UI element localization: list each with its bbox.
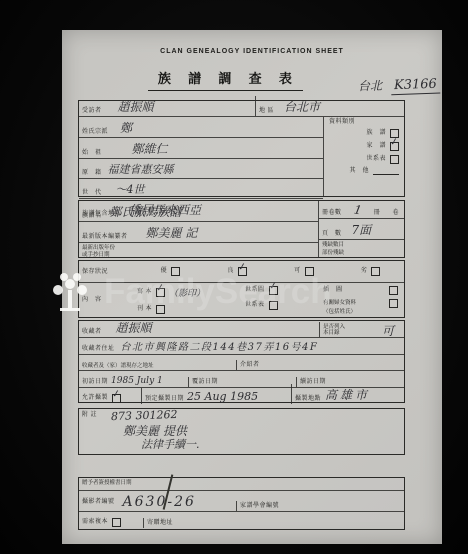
category-option-jiapu: 家 譜 [329, 142, 399, 151]
genealogy-name-row: 族譜名 鄭氏旅馬族譜 [79, 201, 318, 222]
volumes-unit-juan: 卷 [392, 210, 399, 217]
ancestor-row: 始 祖 鄭維仁 [79, 138, 323, 159]
manuscript-note: （影印） [169, 286, 205, 299]
section-holder-visits: 收藏者 趙振順 是否列入 本目錄 可 收藏者住址 台北市興隆路二段144巷37弄… [78, 320, 405, 403]
condition-excellent-checkbox [171, 267, 180, 276]
origin-value: 福建省惠安縣 [108, 161, 174, 177]
form-title-wrap: 族 譜 調 查 表 [62, 68, 389, 91]
lineage-table-option: 世系表 [245, 301, 323, 310]
interviewee-cell: 受訪者 趙振順 [79, 96, 255, 116]
defect-label-line1: 殘缺數目 [322, 242, 344, 248]
ancestor-value: 鄭維仁 [132, 140, 168, 157]
category-option-zupu: 族 譜 [329, 129, 399, 138]
photographer-row: 攝影者編號 A630-26 家譜學會編號 [79, 491, 404, 512]
content-row: 內 容 寫 本 （影印） 刊 本 世系圖 [79, 283, 404, 316]
form-chinese-title: 族 譜 調 查 表 [148, 68, 303, 91]
filming-date-label: 預定攝製日期 [145, 396, 184, 403]
holder-address-label: 收藏者住址 [82, 346, 115, 353]
remarks-line3: 法律手續一. [141, 436, 200, 452]
condition-excellent-label: 優 [161, 268, 168, 275]
photographer-label: 攝影者編號 [82, 499, 115, 506]
condition-fair: 可 [294, 267, 314, 276]
lineage-chart-label: 世系圖 [245, 287, 265, 294]
printed-label: 刊 本 [137, 306, 152, 313]
condition-row: 保存狀況 優 良 可 劣 [79, 261, 404, 283]
lineage-chart-checkbox [269, 286, 278, 295]
condition-good: 良 [227, 267, 247, 276]
authorization-label: 贈予者簽授權書日期 [82, 480, 132, 486]
lineage-table-label: 世系表 [245, 302, 265, 309]
current-address-row: 收藏者及（家）譜現存之地址 介紹者 [79, 355, 404, 371]
generations-value: ～4世 [116, 181, 145, 197]
category-option-chart: 世系表 [329, 155, 399, 164]
category-chart-label: 世系表 [366, 156, 386, 163]
form-english-title: CLAN GENEALOGY IDENTIFICATION SHEET [62, 48, 442, 55]
pages-label: 頁 數 [322, 231, 342, 238]
interviewee-value: 趙振順 [118, 98, 154, 115]
bottom-admin-box: 贈予者簽授權書日期 攝影者編號 A630-26 家譜學會編號 需索複本 寄贈地址 [78, 477, 405, 530]
society-cell: 家譜學會編號 [236, 501, 404, 511]
condition-options: 優 良 可 劣 [137, 267, 404, 276]
origin-row: 原 籍 福建省惠安縣 [79, 159, 323, 179]
filming-place-value: 高雄市 [325, 386, 370, 403]
remarks-line1: 873 301262 [111, 408, 178, 423]
region-label: 地 區 [259, 108, 274, 115]
manuscript-label: 寫 本 [137, 289, 152, 296]
first-visit-value: 1985 July 1 [111, 376, 163, 386]
authorization-row: 贈予者簽授權書日期 [79, 478, 404, 491]
category-jiapu-label: 家 譜 [366, 143, 386, 150]
sheet-number: K3166 [391, 77, 440, 96]
section-identity: 受訪者 趙振順 地 區 台北市 姓氏宗派 鄭 始 祖 鄭維仁 原 籍 [78, 100, 405, 197]
screenshot-root: { "header": { "en_title": "CLAN GENEALOG… [0, 0, 468, 554]
region-cell: 地 區 台北市 [255, 96, 404, 116]
society-number-label: 家譜學會編號 [240, 503, 279, 510]
category-column: 資料類別 族 譜 家 譜 世系表 其 他 [323, 117, 404, 196]
ancestor-label: 始 祖 [82, 150, 102, 157]
condition-poor-checkbox [371, 267, 380, 276]
lineage-chart-option: 世系圖 [245, 286, 323, 295]
volumes-unit-ce: 冊 [374, 210, 381, 217]
permit-checkbox [112, 394, 121, 403]
defect-label-line2: 部份殘缺 [322, 250, 344, 256]
filming-place-cell: 攝製地點 高雄市 [291, 384, 404, 404]
manuscript-checkbox [156, 288, 165, 297]
compiler-row: 最新版本編纂者 鄭美麗 記 [79, 222, 318, 243]
region-value: 台北市 [284, 98, 320, 115]
copy-request-cell: 需索複本 [79, 516, 143, 528]
condition-label: 保存狀況 [82, 269, 108, 276]
clan-label: 姓氏宗派 [82, 129, 108, 136]
category-zupu-label: 族 譜 [366, 130, 386, 137]
printed-checkbox [156, 305, 165, 314]
photographer-cell: 攝影者編號 A630-26 [79, 492, 236, 511]
second-visit-label: 覆訪日期 [192, 379, 218, 386]
holder-address-row: 收藏者住址 台北市興隆路二段144巷37弄16号4F [79, 338, 404, 355]
category-other-label: 其 他 [349, 168, 369, 175]
generations-label: 世 代 [82, 190, 102, 197]
pubdate-label-line1: 最新出版年份 [82, 245, 115, 251]
remarks-box: 附 註 873 301262 鄭美麗 提供 法律手續一. [78, 408, 405, 455]
category-option-other: 其 他 [329, 168, 399, 175]
condition-good-checkbox [238, 267, 247, 276]
first-visit-label: 初訪日期 [82, 379, 108, 386]
mailing-address-label: 寄贈地址 [147, 520, 173, 527]
holder-address-value: 台北市興隆路二段144巷37弄16号4F [121, 338, 319, 353]
category-jiapu-checkbox [390, 142, 399, 151]
condition-excellent: 優 [161, 267, 181, 276]
permit-cell: 允許攝製 [79, 392, 141, 404]
clan-value: 鄭 [120, 119, 132, 136]
volumes-row: 冊卷數 1 冊 卷 [319, 201, 404, 219]
content-col-charts: 世系圖 世系表 [245, 286, 323, 316]
illustration-label: 插 圖 [323, 287, 343, 294]
compiler-value: 鄭美麗 記 [146, 224, 198, 241]
holder-label: 收藏者 [82, 329, 102, 336]
introducer-label: 介紹者 [240, 362, 260, 369]
origin-label: 原 籍 [82, 170, 102, 177]
identity-left-column: 姓氏宗派 鄭 始 祖 鄭維仁 原 籍 福建省惠安縣 世 代 ～4世 族譜包含地區 [79, 117, 323, 196]
filming-date-value: 25 Aug 1985 [187, 390, 258, 403]
content-col-extras: 插 圖 有關婦女資料 （包括姓氏） [323, 286, 404, 316]
women-data-option: 有關婦女資料 [323, 299, 398, 308]
condition-fair-label: 可 [294, 268, 301, 275]
women-data-checkbox [389, 299, 398, 308]
condition-poor: 劣 [361, 267, 381, 276]
listed-value: 可 [382, 322, 394, 339]
current-address-label: 收藏者及（家）譜現存之地址 [82, 363, 154, 369]
pubdate-label-line2: 或手抄日期 [82, 252, 110, 258]
copy-request-checkbox [112, 518, 121, 527]
category-other-blank-line [373, 168, 399, 175]
section2-left: 族譜名 鄭氏旅馬族譜 最新版本編纂者 鄭美麗 記 最新出版年份 或手抄日期 [79, 201, 318, 257]
copy-request-label: 需索複本 [82, 519, 108, 526]
filming-place-label: 攝製地點 [295, 396, 321, 403]
section-identity-body: 姓氏宗派 鄭 始 祖 鄭維仁 原 籍 福建省惠安縣 世 代 ～4世 族譜包含地區 [79, 117, 404, 196]
lineage-table-checkbox [269, 301, 278, 310]
illustration-option: 插 圖 [323, 286, 398, 295]
listed-cell: 是否列入 本目錄 可 [319, 322, 404, 337]
genealogy-name-label: 族譜名 [82, 213, 102, 220]
pages-row: 頁 數 7面 [319, 219, 404, 240]
permit-label: 允許攝製 [82, 395, 108, 402]
women-data-note: （包括姓氏） [323, 309, 398, 315]
interviewee-label: 受訪者 [82, 108, 102, 115]
pages-value: 7面 [352, 221, 372, 238]
printed-option: 刊 本 [137, 305, 245, 314]
manuscript-option: 寫 本 （影印） [137, 286, 245, 299]
genealogy-name-value: 鄭氏旅馬族譜 [110, 203, 182, 220]
remarks-label: 附 註 [82, 412, 97, 419]
content-options: 寫 本 （影印） 刊 本 世系圖 世系表 [137, 283, 404, 316]
women-data-label: 有關婦女資料 [323, 300, 356, 306]
photographer-number: A630-26 [123, 494, 196, 510]
category-label: 資料類別 [329, 119, 399, 126]
sheet-place: 台北 [358, 77, 383, 95]
copy-request-row: 需索複本 寄贈地址 [79, 512, 404, 528]
condition-poor-label: 劣 [361, 268, 368, 275]
sheet-number-annotation: 台北 K3166 [358, 75, 440, 97]
filming-date-cell: 預定攝製日期 25 Aug 1985 [141, 388, 291, 404]
section2-body: 族譜名 鄭氏旅馬族譜 最新版本編纂者 鄭美麗 記 最新出版年份 或手抄日期 [79, 201, 404, 257]
scanned-form-paper: CLAN GENEALOGY IDENTIFICATION SHEET 族 譜 … [62, 30, 442, 544]
volumes-value: 1 [353, 202, 363, 217]
listed-label-line2: 本目錄 [323, 330, 340, 336]
condition-fair-checkbox [305, 267, 314, 276]
content-label: 內 容 [82, 297, 102, 304]
defect-row: 殘缺數目 部份殘缺 [319, 240, 404, 257]
holder-value: 趙振順 [116, 319, 152, 336]
volumes-label: 冊卷數 [322, 210, 342, 217]
filming-row: 允許攝製 預定攝製日期 25 Aug 1985 攝製地點 高雄市 [79, 388, 404, 404]
condition-good-label: 良 [227, 268, 234, 275]
section-genealogy-info: 族譜名 鄭氏旅馬族譜 最新版本編纂者 鄭美麗 記 最新出版年份 或手抄日期 [78, 200, 405, 258]
interviewee-row: 受訪者 趙振順 地 區 台北市 [79, 101, 404, 117]
publication-date-row: 最新出版年份 或手抄日期 [79, 243, 318, 259]
illustration-checkbox [389, 286, 398, 295]
content-col-manuscript: 寫 本 （影印） 刊 本 [137, 286, 245, 316]
clan-row: 姓氏宗派 鄭 [79, 117, 323, 138]
mailing-address-cell: 寄贈地址 [143, 518, 404, 528]
generations-row: 世 代 ～4世 [79, 179, 323, 199]
section2-right: 冊卷數 1 冊 卷 頁 數 7面 殘缺數目 部份殘缺 [318, 201, 404, 257]
section-condition-content: 保存狀況 優 良 可 劣 內 容 [78, 260, 405, 318]
compiler-label: 最新版本編纂者 [82, 234, 128, 241]
category-chart-checkbox [390, 155, 399, 164]
